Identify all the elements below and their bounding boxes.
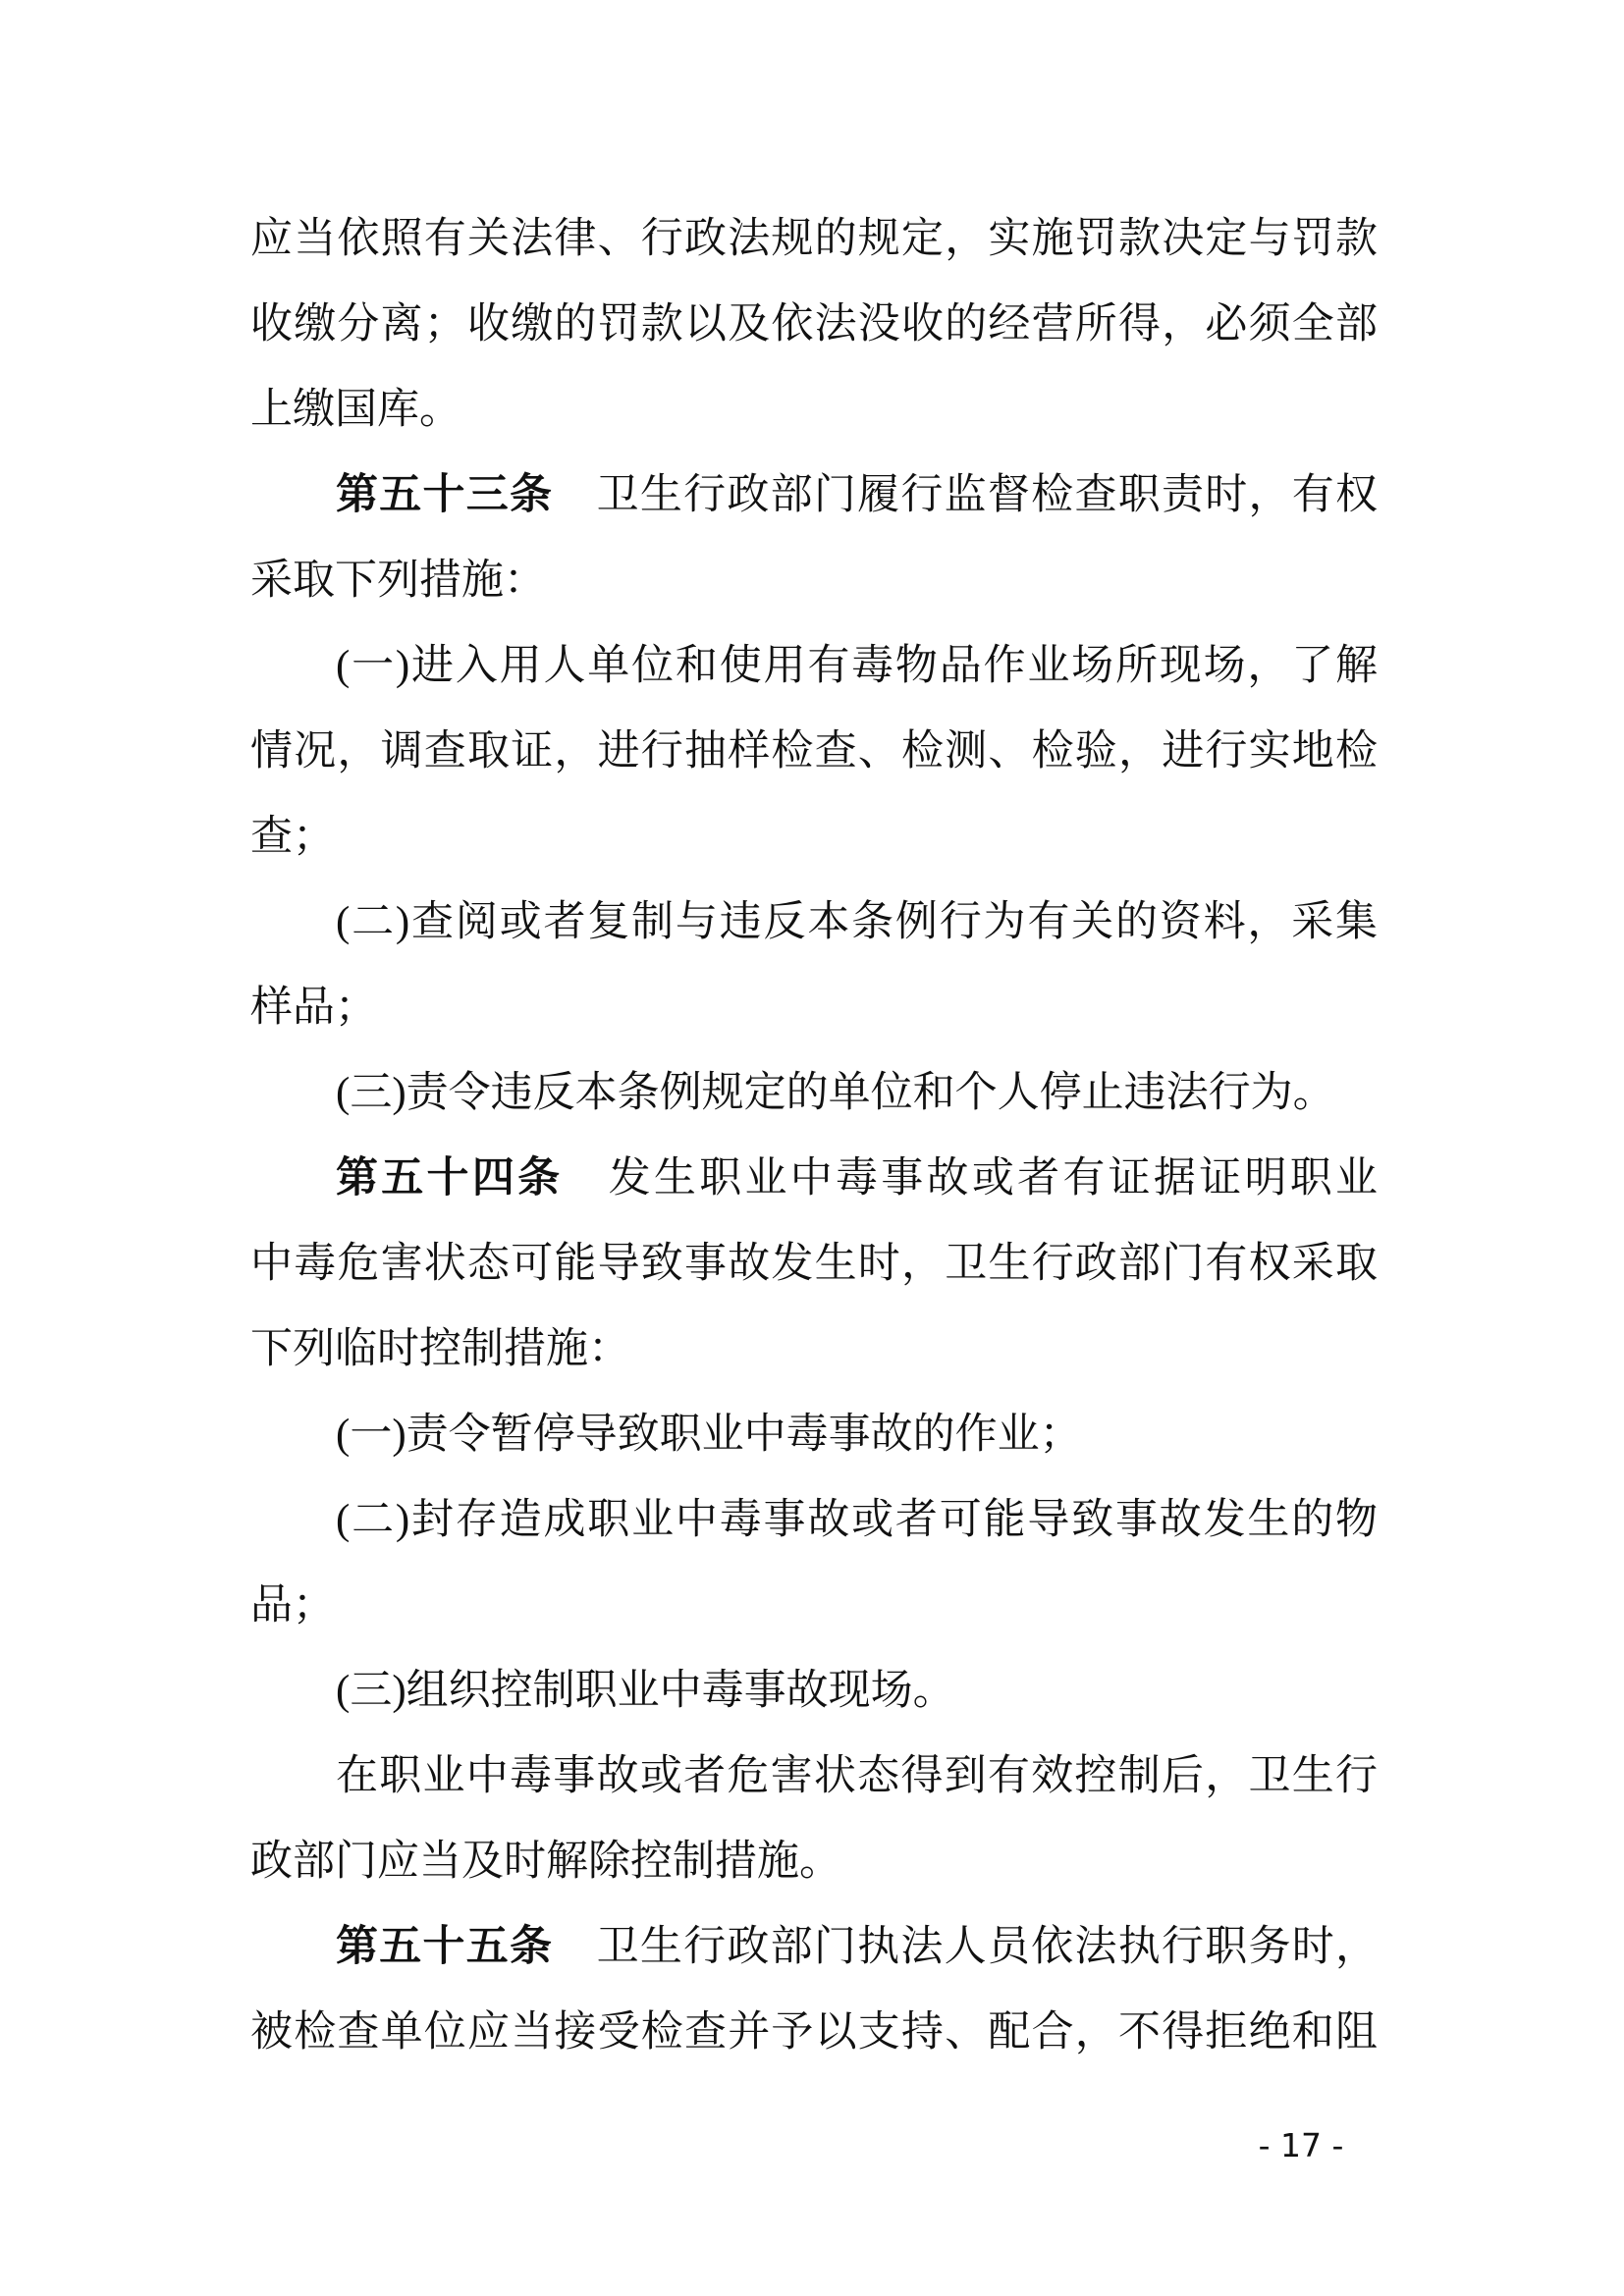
document-body: 应当依照有关法律、行政法规的规定，实施罚款决定与罚款收缴分离；收缴的罚款以及依法… xyxy=(250,196,1378,2075)
text-line: (二)封存造成职业中毒事故或者可能导致事故发生的物 xyxy=(250,1477,1378,1563)
article-number: 第五十三条 xyxy=(336,470,553,519)
text-line: (二)查阅或者复制与违反本条例行为有关的资料，采集 xyxy=(250,880,1378,965)
text-line: 采取下列措施： xyxy=(250,538,1378,623)
text-line: 政部门应当及时解除控制措施。 xyxy=(250,1819,1378,1904)
text-line: 情况，调查取证，进行抽样检查、检测、检验，进行实地检 xyxy=(250,709,1378,794)
article-number: 第五十五条 xyxy=(336,1922,553,1971)
text-line: (一)责令暂停导致职业中毒事故的作业； xyxy=(250,1392,1378,1477)
text-line: 收缴分离；收缴的罚款以及依法没收的经营所得，必须全部 xyxy=(250,282,1378,367)
text-line: (三)组织控制职业中毒事故现场。 xyxy=(250,1648,1378,1734)
text-line: 样品； xyxy=(250,965,1378,1050)
document-page: 应当依照有关法律、行政法规的规定，实施罚款决定与罚款收缴分离；收缴的罚款以及依法… xyxy=(0,0,1624,2296)
page-number: - 17 - xyxy=(1222,2123,1380,2167)
text-line: 第五十五条 卫生行政部门执法人员依法执行职务时， xyxy=(250,1904,1378,1990)
article-number: 第五十四条 xyxy=(336,1153,563,1202)
text-line: (一)进入用人单位和使用有毒物品作业场所现场，了解 xyxy=(250,623,1378,709)
text-line: 应当依照有关法律、行政法规的规定，实施罚款决定与罚款 xyxy=(250,196,1378,282)
text-line: 品； xyxy=(250,1563,1378,1648)
text-line: 在职业中毒事故或者危害状态得到有效控制后，卫生行 xyxy=(250,1734,1378,1819)
text-line: 中毒危害状态可能导致事故发生时，卫生行政部门有权采取 xyxy=(250,1221,1378,1307)
text-line: 上缴国库。 xyxy=(250,367,1378,453)
text-line: 查； xyxy=(250,794,1378,880)
text-line: 被检查单位应当接受检查并予以支持、配合，不得拒绝和阻 xyxy=(250,1990,1378,2075)
text-line: 第五十三条 卫生行政部门履行监督检查职责时，有权 xyxy=(250,453,1378,538)
text-line: 第五十四条 发生职业中毒事故或者有证据证明职业 xyxy=(250,1136,1378,1221)
text-line: 下列临时控制措施： xyxy=(250,1307,1378,1392)
text-line: (三)责令违反本条例规定的单位和个人停止违法行为。 xyxy=(250,1050,1378,1136)
